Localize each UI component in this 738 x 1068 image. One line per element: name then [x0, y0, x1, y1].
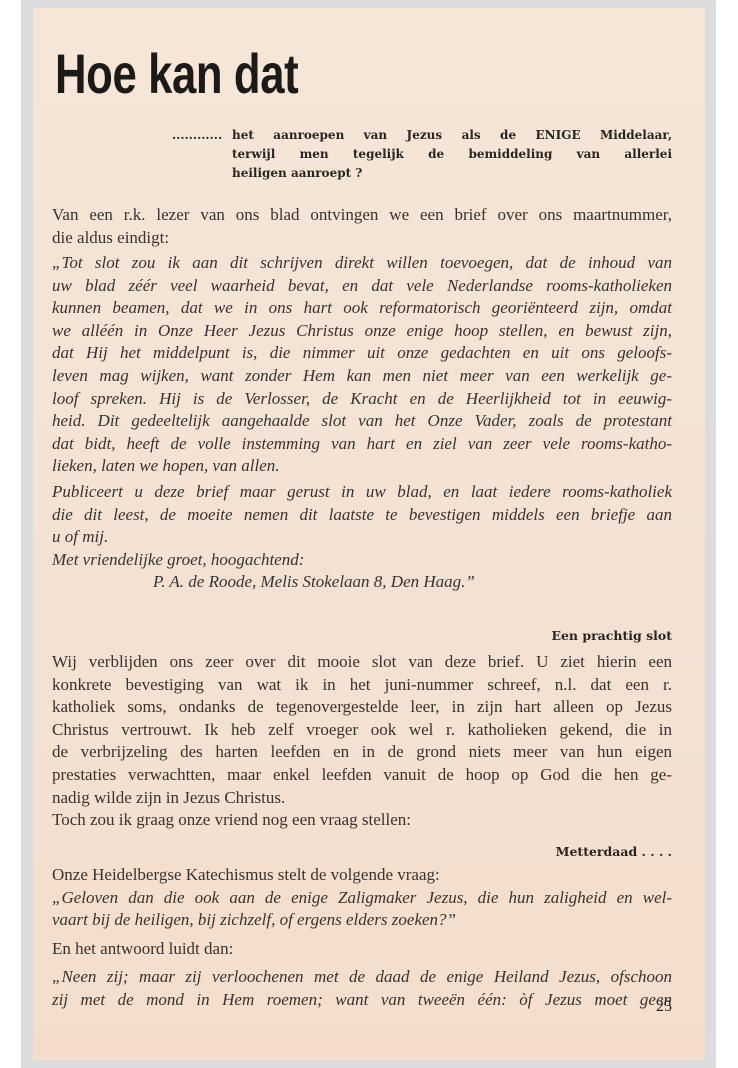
text-line: Toch zou ik graag onze vriend nog een vr…: [52, 809, 672, 832]
text-line: heid. Dit gedeeltelijk aangehaalde slot …: [52, 410, 672, 433]
subtitle-line: terwijl men tegelijk de bemiddeling van …: [232, 145, 672, 164]
text-line: vaart bij de heiligen, bij zichzelf, of …: [52, 909, 672, 932]
text-line: Wij verblijden ons zeer over dit mooie s…: [52, 651, 672, 674]
page-number: 25: [656, 998, 672, 1016]
text-line: Christus vertrouwt. Ik heb zelf vroeger …: [52, 719, 672, 742]
text-line: loof spreken. Hij is de Verlosser, de Kr…: [52, 388, 672, 411]
section2-paragraph: Onze Heidelbergse Katechismus stelt de v…: [52, 864, 672, 1012]
text-line: zij met de mond in Hem roemen; want van …: [52, 989, 672, 1012]
text-line: kunnen beamen, dat we in ons hart ook re…: [52, 297, 672, 320]
text-line: we alléén in Onze Heer Jezus Christus on…: [52, 320, 672, 343]
text-line: „Tot slot zou ik aan dit schrijven direk…: [52, 252, 672, 275]
text-line: dat Hij het middelpunt is, die nimmer ui…: [52, 342, 672, 365]
subtitle-line: ............het aanroepen van Jezus als …: [232, 126, 672, 145]
text-line: leven mag wijken, want zonder Hem kan me…: [52, 365, 672, 388]
letter-quote: „Tot slot zou ik aan dit schrijven direk…: [52, 252, 672, 478]
article-subtitle: ............het aanroepen van Jezus als …: [232, 126, 672, 183]
text-line: Van een r.k. lezer van ons blad ontvinge…: [52, 204, 672, 227]
letter-request: Publiceert u deze brief maar gerust in u…: [52, 481, 672, 594]
text-line: konkrete bevestiging van wat ik in het j…: [52, 674, 672, 697]
text-line: u of mij.: [52, 526, 672, 549]
text-line: katholiek soms, ondanks de tegenovergest…: [52, 696, 672, 719]
text-line: die dit leest, de moeite nemen dit laats…: [52, 504, 672, 527]
text-line: „Geloven dan die ook aan de enige Zaligm…: [52, 887, 672, 910]
text-line: Publiceert u deze brief maar gerust in u…: [52, 481, 672, 504]
subtitle-leader-dots: ............: [172, 126, 232, 145]
article-title: Hoe kan dat: [55, 44, 298, 104]
intro-paragraph: Van een r.k. lezer van ons blad ontvinge…: [52, 204, 672, 249]
text-line: nadig wilde zijn in Jezus Christus.: [52, 787, 672, 810]
section-heading: Een prachtig slot: [551, 628, 672, 643]
magazine-page: Hoe kan dat ............het aanroepen va…: [33, 8, 705, 1060]
text-line: Onze Heidelbergse Katechismus stelt de v…: [52, 864, 672, 887]
text-line: die aldus eindigt:: [52, 227, 672, 250]
letter-greeting: Met vriendelijke groet, hoogachtend:: [52, 549, 672, 572]
text-line: En het antwoord luidt dan:: [52, 938, 672, 961]
text-line: uw blad zéér veel waarheid bevat, en dat…: [52, 275, 672, 298]
section-heading: Metterdaad . . . .: [556, 844, 672, 859]
text-line: lieken, laten we hopen, van allen.: [52, 455, 672, 478]
text-line: de verbrijzeling des harten leefden en i…: [52, 741, 672, 764]
subtitle-line: heiligen aanroept ?: [232, 164, 672, 183]
letter-signature: P. A. de Roode, Melis Stokelaan 8, Den H…: [52, 571, 672, 594]
text-line: „Neen zij; maar zij verloochenen met de …: [52, 966, 672, 989]
section1-paragraph: Wij verblijden ons zeer over dit mooie s…: [52, 651, 672, 832]
text-line: dat bidt, heeft de volle instemming van …: [52, 433, 672, 456]
text-line: prestaties verwachtten, maar enkel leefd…: [52, 764, 672, 787]
